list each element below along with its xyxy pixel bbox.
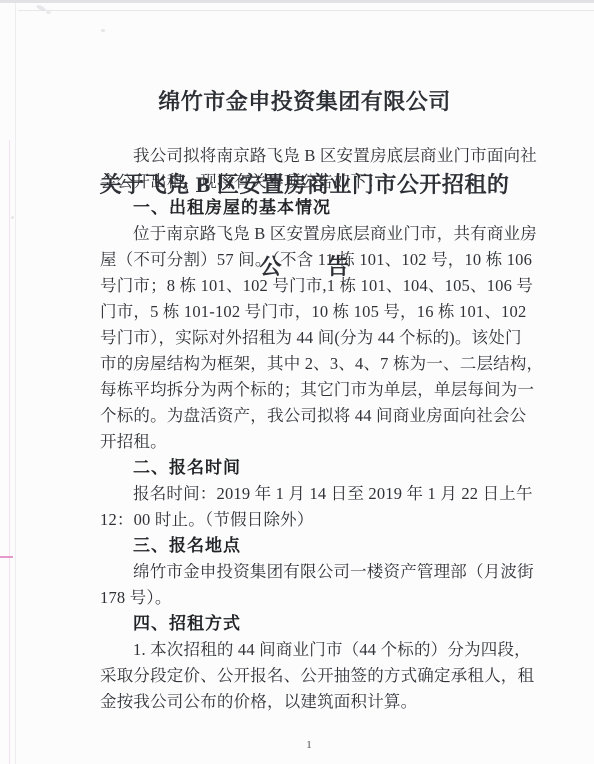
body-line: 屋（不可分割）57 间。（不含 11 栋 101、102 号，10 栋 106 [100,247,510,273]
body-line: 号门市；8 栋 101、102 号门市,1 栋 101、104、105、106 … [100,273,510,299]
scanned-document-page: 绵竹市金申投资集团有限公司 关于飞凫 B 区安置房商业门市公开招租的 公 告 我… [0,0,594,764]
body-line: 我公司拟将南京路飞凫 B 区安置房底层商业门市面向社 [100,143,510,169]
title-company-line: 绵竹市金申投资集团有限公司 [15,88,594,116]
section-heading-3: 三、报名地点 [100,533,510,559]
scan-pink-vertical-line [9,140,10,764]
scan-edge-top-line [18,10,594,11]
body-line: 1. 本次招租的 44 间商业门市（44 个标的）分为四段， [100,637,510,663]
scan-smudge [11,216,14,219]
body-line: 门市，5 栋 101-102 号门市，10 栋 105 号，16 栋 101、1… [100,299,510,325]
scan-pink-tick-mark [0,556,13,558]
body-line: 绵竹市金申投资集团有限公司一楼资产管理部（月波街 [100,559,510,585]
scan-smudge [46,11,51,14]
body-line: 位于南京路飞凫 B 区安置房底层商业门市，共有商业房 [100,221,510,247]
scan-edge-top-band [0,0,594,3]
scan-smudge [101,29,105,32]
body-line: 开招租。 [100,429,510,455]
body-line: 会公开出租，现将有关事项公告如下： [100,169,510,195]
section-heading-2: 二、报名时间 [100,455,510,481]
body-line: 金按我公司公布的价格，以建筑面积计算。 [100,689,510,715]
body-line: 178 号）。 [100,585,510,611]
body-line: 采取分段定价、公开报名、公开抽签的方式确定承租人，租 [100,663,510,689]
section-heading-1: 一、出租房屋的基本情况 [100,195,510,221]
body-line: 号门市），实际对外招租为 44 间(分为 44 个标的)。该处门 [100,325,510,351]
body-line: 报名时间：2019 年 1 月 14 日至 2019 年 1 月 22 日上午 [100,481,510,507]
body-line: 每栋平均拆分为两个标的；其它门市为单层，单层每间为一 [100,377,510,403]
body-line: 12：00 时止。（节假日除外） [100,507,510,533]
body-line: 市的房屋结构为框架，其中 2、3、4、7 栋为一、二层结构， [100,351,510,377]
page-number: 1 [300,739,318,751]
document-body: 我公司拟将南京路飞凫 B 区安置房底层商业门市面向社 会公开出租，现将有关事项公… [100,143,510,715]
section-heading-4: 四、招租方式 [100,611,510,637]
body-line: 个标的。为盘活资产，我公司拟将 44 间商业房面向社会公 [100,403,510,429]
